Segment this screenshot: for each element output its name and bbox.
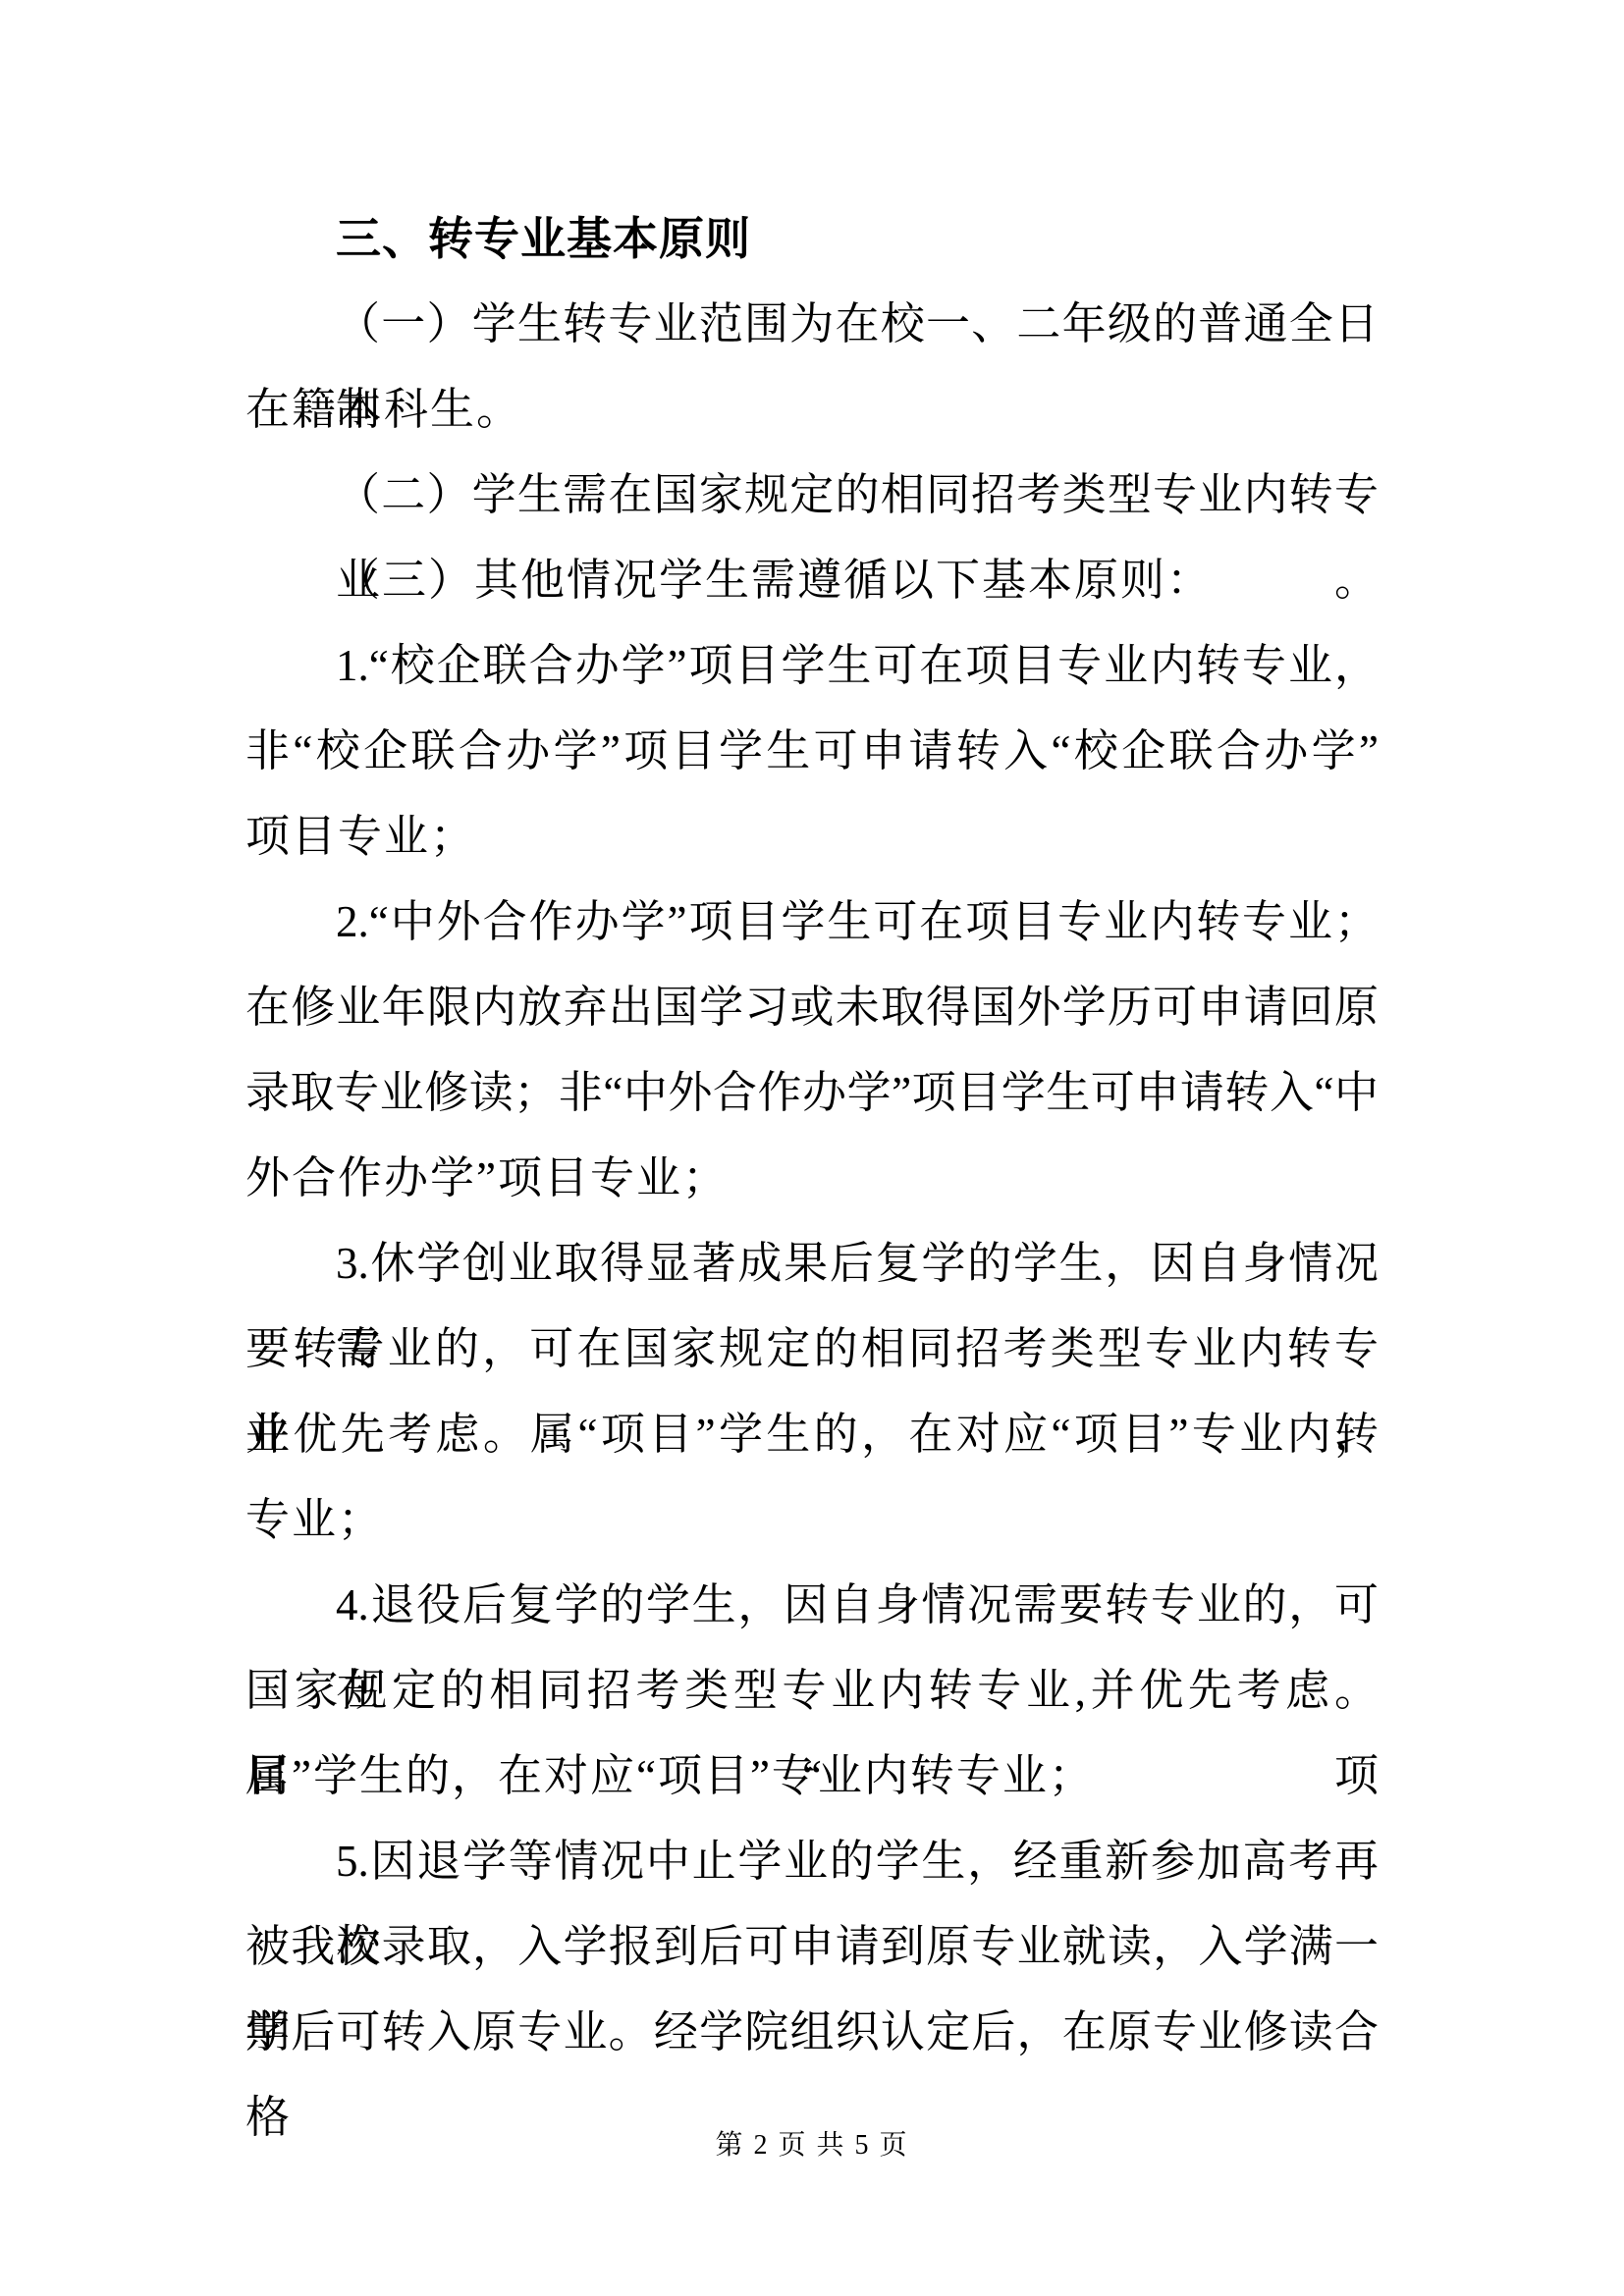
document-body: 三、转专业基本原则 （一）学生转专业范围为在校一、二年级的普通全日制 在籍本科生… <box>245 196 1379 2075</box>
text-line: 3.休学创业取得显著成果后复学的学生，因自身情况需 <box>245 1221 1379 1307</box>
document-page: 三、转专业基本原则 （一）学生转专业范围为在校一、二年级的普通全日制 在籍本科生… <box>0 0 1624 2296</box>
page-footer: 第 2 页 共 5 页 <box>0 2126 1624 2165</box>
text-line: 项目专业； <box>245 794 1379 880</box>
text-line: 在修业年限内放弃出国学习或未取得国外学历可申请回原 <box>245 965 1379 1050</box>
text-line: 国家规定的相同招考类型专业内转专业,并优先考虑。属“项 <box>245 1648 1379 1734</box>
text-line: 非“校企联合办学”项目学生可申请转入“校企联合办学” <box>245 709 1379 794</box>
text-line: 2.“中外合作办学”项目学生可在项目专业内转专业； <box>245 880 1379 965</box>
text-line: （二）学生需在国家规定的相同招考类型专业内转专业。 <box>245 453 1379 538</box>
text-line: （三）其他情况学生需遵循以下基本原则： <box>245 538 1379 623</box>
text-line: 专业； <box>245 1477 1379 1563</box>
text-line: 4.退役后复学的学生，因自身情况需要转专业的，可在 <box>245 1563 1379 1648</box>
text-line: 5.因退学等情况中止学业的学生，经重新参加高考再次 <box>245 1819 1379 1904</box>
text-line: 被我校录取，入学报到后可申请到原专业就读，入学满一学 <box>245 1904 1379 1990</box>
text-line: 1.“校企联合办学”项目学生可在项目专业内转专业， <box>245 623 1379 709</box>
text-line: 在籍本科生。 <box>245 367 1379 453</box>
text-line: 期后可转入原专业。经学院组织认定后，在原专业修读合格 <box>245 1990 1379 2075</box>
text-line: （一）学生转专业范围为在校一、二年级的普通全日制 <box>245 282 1379 367</box>
text-line: 要转专业的，可在国家规定的相同招考类型专业内转专业， <box>245 1307 1379 1392</box>
text-line: 外合作办学”项目专业； <box>245 1136 1379 1221</box>
text-line: 录取专业修读；非“中外合作办学”项目学生可申请转入“中 <box>245 1050 1379 1136</box>
section-heading: 三、转专业基本原则 <box>245 196 1379 282</box>
text-line: 并优先考虑。属“项目”学生的，在对应“项目”专业内转 <box>245 1392 1379 1477</box>
